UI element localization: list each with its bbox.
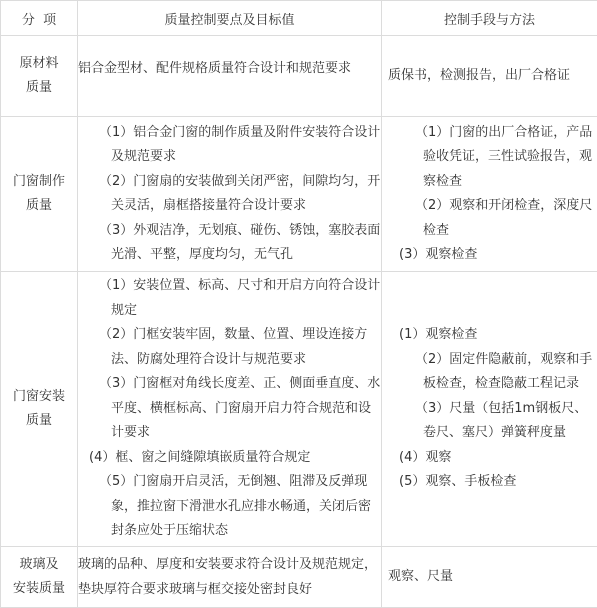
table-row-installation: 门窗安装 质量 （1）安装位置、标高、尺寸和开启方向符合设计规定 （2）门框安装… [1,272,597,547]
methods-cell: 质保书，检测报告，出厂合格证 [382,36,597,117]
category-cell: 原材料 质量 [1,36,78,117]
header-methods: 控制手段与方法 [382,1,597,36]
requirement-item-5: （5）门窗扇开启灵活，无倒翘、阻滞及反弹现象，推拉窗下滑泄水孔应排水畅通，关闭后… [111,470,381,544]
requirement-item-4: (4）框、窗之间缝隙填嵌质量符合规定 [89,446,381,471]
method-item-2: （2）观察和开闭检查，深度尺检查 [423,194,597,243]
method-item-3: (3）观察检查 [399,243,597,268]
methods-cell: (1）观察检查 （2）固定件隐蔽前，观察和手板检查，检查隐蔽工程记录 （3）尺量… [382,272,597,547]
category-cell: 门窗制作 质量 [1,117,78,272]
category-label-line1: 门窗安装 [1,385,77,409]
quality-control-table: 分 项 质量控制要点及目标值 控制手段与方法 原材料 质量 铝合金型材、配件规格… [0,0,597,586]
requirement-text: 铝合金型材、配件规格质量符合设计和规范要求 [78,57,381,82]
requirement-item-1: （1）铝合金门窗的制作质量及附件安装符合设计及规范要求 [111,121,381,170]
table-row-glass: 玻璃及 安装质量 玻璃的品种、厚度和安装要求符合设计及规范规定，垫块厚符合要求玻… [1,547,597,587]
header-row: 分 项 质量控制要点及目标值 控制手段与方法 [1,1,597,36]
requirement-item-2: （2）门窗扇的安装做到关闭严密，间隙均匀，开关灵活，扇框搭接量符合设计要求 [111,170,381,219]
methods-cell: （1）门窗的出厂合格证，产品验收凭证，三性试验报告，观察检查 （2）观察和开闭检… [382,117,597,272]
header-category: 分 项 [1,1,78,36]
requirements-cell: （1）铝合金门窗的制作质量及附件安装符合设计及规范要求 （2）门窗扇的安装做到关… [78,117,382,272]
category-label-line2: 质量 [1,76,77,100]
method-item-1: (1）观察检查 [399,323,597,348]
table-row-fabrication: 门窗制作 质量 （1）铝合金门窗的制作质量及附件安装符合设计及规范要求 （2）门… [1,117,597,272]
requirement-item-1: （1）安装位置、标高、尺寸和开启方向符合设计规定 [111,274,381,323]
category-cell: 玻璃及 安装质量 [1,547,78,587]
method-text: 质保书，检测报告，出厂合格证 [388,64,597,89]
category-label-line1: 门窗制作 [1,170,77,194]
requirement-item-3: （3）外观洁净，无划痕、碰伤、锈蚀，塞胶表面光滑、平整，厚度均匀，无气孔 [111,219,381,268]
requirement-item-2: （2）门框安装牢固，数量、位置、埋设连接方法、防腐处理符合设计与规范要求 [111,323,381,372]
methods-cell: 观察、尺量 [382,547,597,587]
category-cell: 门窗安装 质量 [1,272,78,547]
requirements-cell: 铝合金型材、配件规格质量符合设计和规范要求 [78,36,382,117]
header-requirements: 质量控制要点及目标值 [78,1,382,36]
category-label-line1: 原材料 [1,52,77,76]
category-label-line2: 质量 [1,409,77,433]
method-item-2: （2）固定件隐蔽前，观察和手板检查，检查隐蔽工程记录 [423,348,597,397]
method-item-4: (4）观察 [399,446,597,471]
table-row-raw-materials: 原材料 质量 铝合金型材、配件规格质量符合设计和规范要求 质保书，检测报告，出厂… [1,36,597,117]
requirements-cell: （1）安装位置、标高、尺寸和开启方向符合设计规定 （2）门框安装牢固，数量、位置… [78,272,382,547]
method-text: 观察、尺量 [388,565,597,586]
requirement-text: 玻璃的品种、厚度和安装要求符合设计及规范规定，垫块厚符合要求玻璃与框交接处密封良… [78,547,381,586]
category-label-line1: 玻璃及 [1,553,77,577]
method-item-5: (5）观察、手板检查 [399,470,597,495]
method-item-1: （1）门窗的出厂合格证，产品验收凭证，三性试验报告，观察检查 [423,121,597,195]
requirement-item-3: （3）门窗框对角线长度差、正、侧面垂直度、水平度、横框标高、门窗扇开启力符合规范… [111,372,381,446]
category-label-line2: 安装质量 [1,577,77,586]
category-label-line2: 质量 [1,194,77,218]
requirements-cell: 玻璃的品种、厚度和安装要求符合设计及规范规定，垫块厚符合要求玻璃与框交接处密封良… [78,547,382,587]
method-item-3: （3）尺量（包括1m钢板尺、卷尺、塞尺）弹簧秤度量 [423,397,597,446]
